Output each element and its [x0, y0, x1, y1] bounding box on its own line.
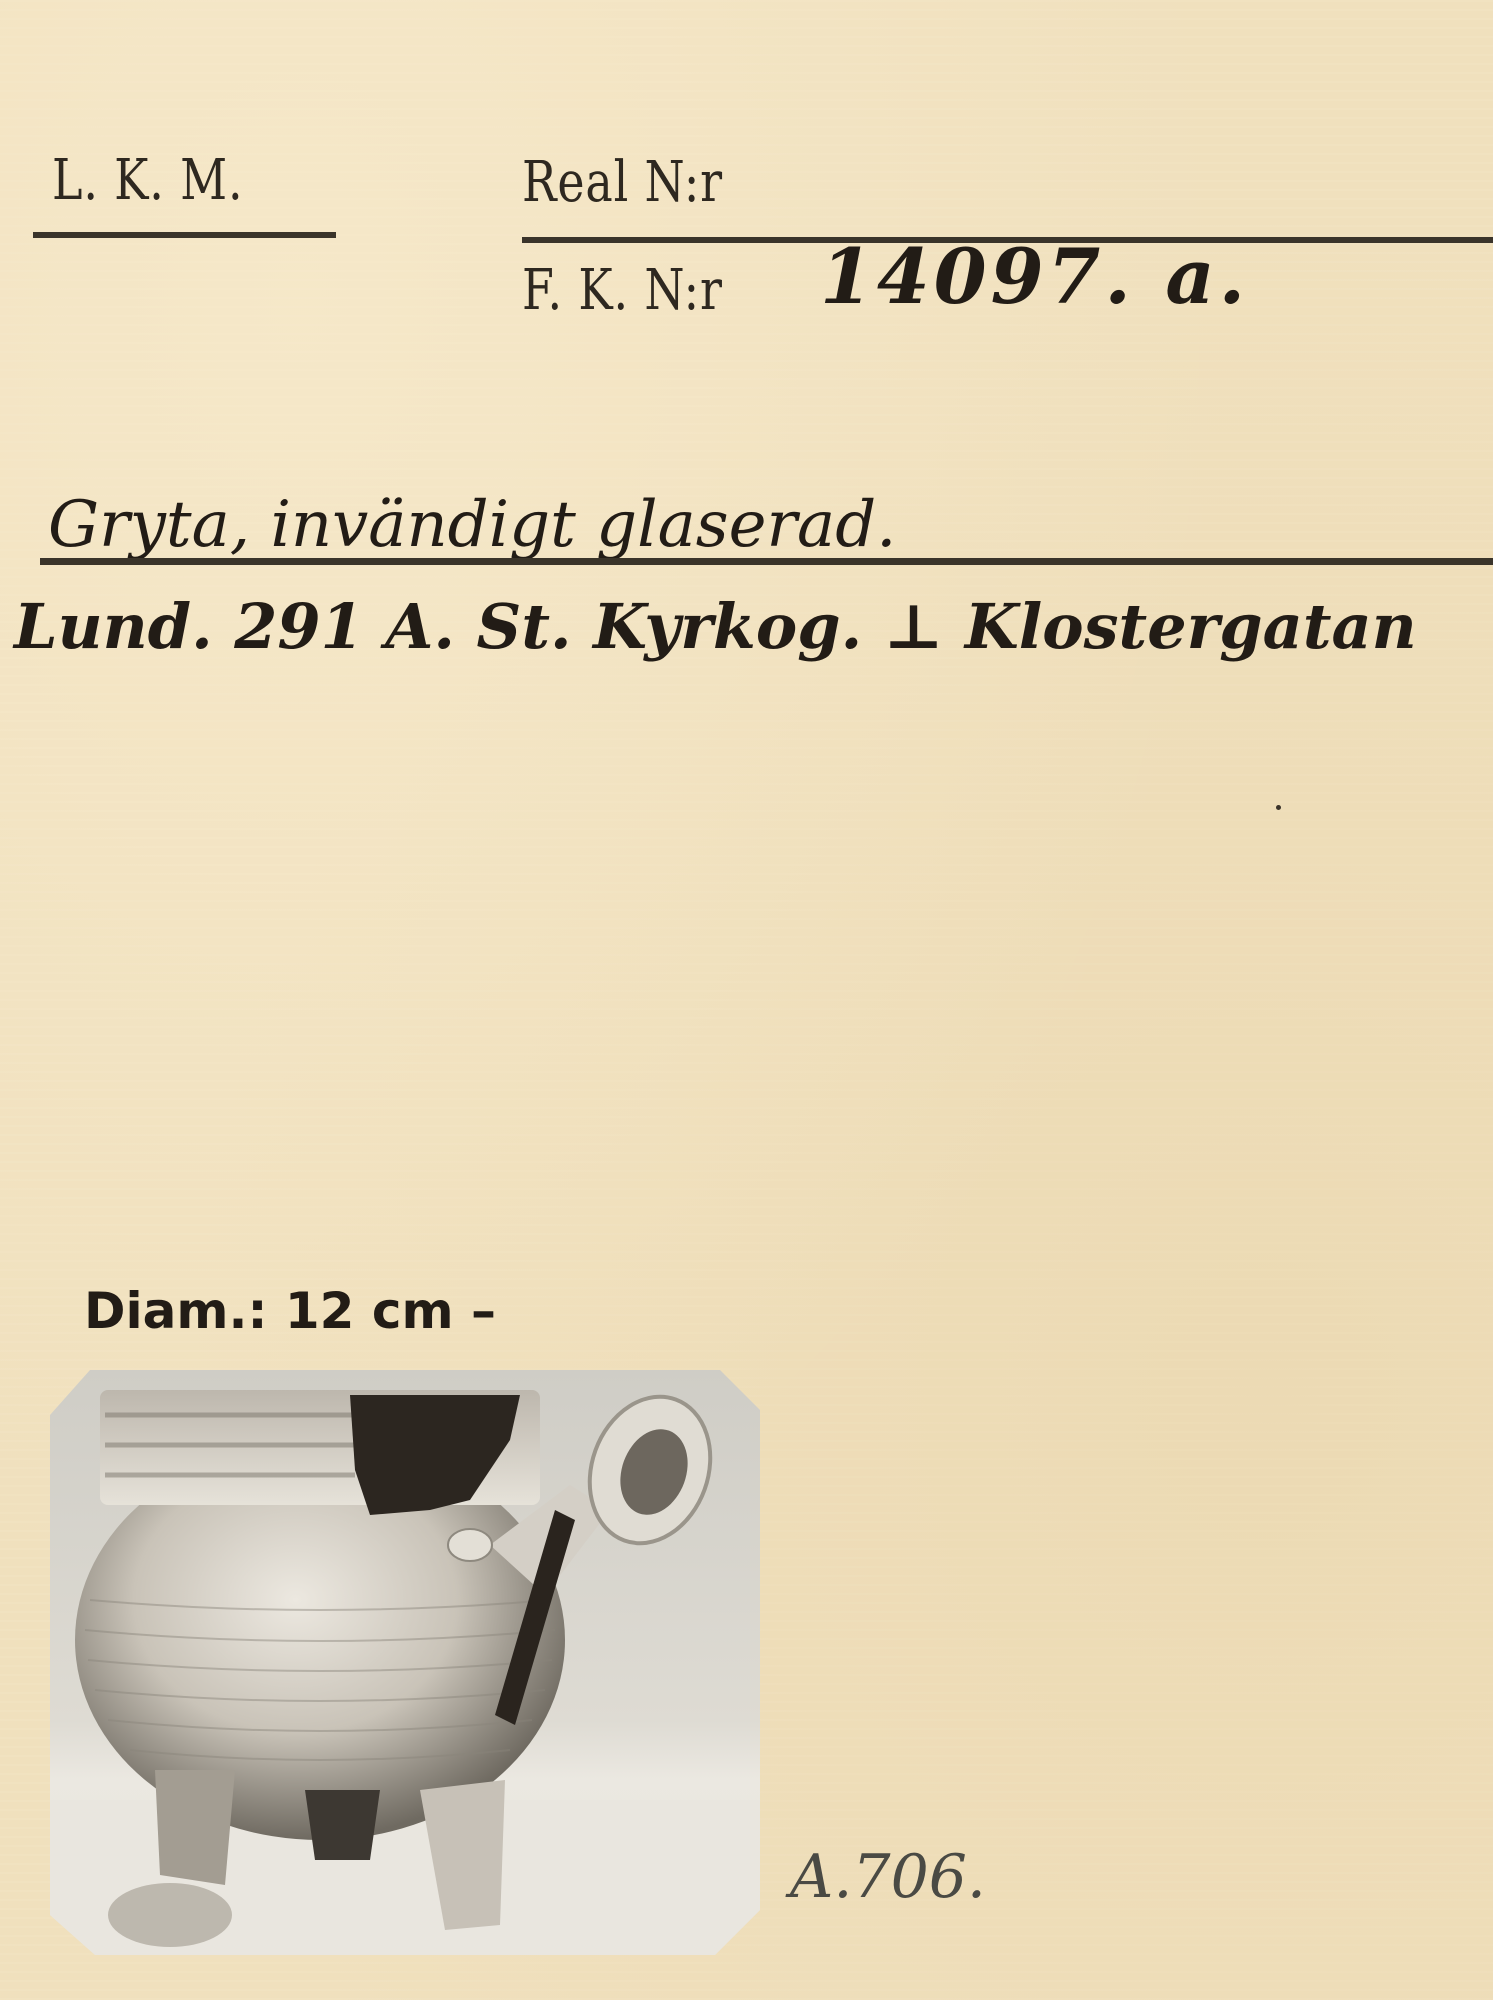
diameter-measurement: Diam.: 12 cm –	[84, 1282, 496, 1340]
paper-speck	[1276, 805, 1281, 810]
fk-nr-value: 14097. a.	[820, 232, 1249, 321]
object-description: Gryta, invändigt glaserad.	[48, 488, 897, 562]
find-location: Lund. 291 A. St. Kyrkog. ⊥ Klostergatan	[14, 590, 1417, 663]
institution-underline	[33, 232, 336, 238]
fk-nr-label: F. K. N:r	[522, 258, 723, 323]
tripod-pot-illustration	[50, 1370, 760, 1955]
object-photograph	[50, 1370, 760, 1955]
institution-label: L. K. M.	[52, 148, 243, 213]
photo-reference-number: A.706.	[790, 1842, 986, 1912]
description-rule	[40, 558, 1493, 565]
real-nr-label: Real N:r	[522, 150, 723, 215]
